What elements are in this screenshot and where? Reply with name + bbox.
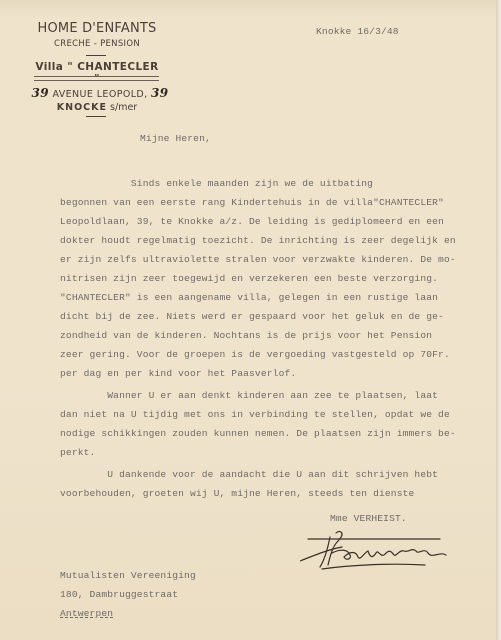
body-line: perkt. <box>60 447 95 458</box>
body-line: dokter houdt regelmatig toezicht. De inr… <box>60 235 456 246</box>
date-line: Knokke 16/3/48 <box>316 26 399 37</box>
body-line: zondheid van de kinderen. Nochtans is de… <box>60 330 432 341</box>
handwritten-signature <box>300 527 450 572</box>
body-line: dan niet na U tijdig met ons in verbindi… <box>60 409 450 420</box>
body-line: voorbehouden, groeten wij U, mijne Heren… <box>60 488 414 499</box>
letterhead-subtitle: CRECHE - PENSION <box>32 39 162 49</box>
body-line: Wanner U er aan denkt kinderen aan zee t… <box>60 390 438 401</box>
handwritten-house-number-2: 39 <box>151 86 169 100</box>
letterhead-villa-name: Villa " CHANTECLER " <box>32 61 162 85</box>
recipient-city: Antwerpen <box>60 608 113 619</box>
handwritten-house-number: 39 <box>32 86 50 100</box>
body-line: U dankende voor de aandacht die U aan di… <box>60 469 438 480</box>
recipient-line-1: Mutualisten Vereeniging <box>60 570 196 581</box>
letterhead-city: KNOCKE <box>57 102 107 113</box>
body-line: er zijn zelfs ultraviolette stralen voor… <box>60 254 456 265</box>
letterhead-divider-bottom <box>86 116 106 117</box>
body-line: dicht bij de zee. Niets werd er gespaard… <box>60 311 444 322</box>
letterhead-double-rule <box>34 76 159 81</box>
sender-name: Mme VERHEIST. <box>330 513 407 524</box>
salutation: Mijne Heren, <box>140 133 211 144</box>
letterhead-city-suffix: s/mer <box>110 102 137 113</box>
letterhead-address: 39 AVENUE LEOPOLD, 39 <box>30 86 170 100</box>
body-line: nitrisen zijn zeer toegewijd en verzeker… <box>60 273 438 284</box>
body-line: "CHANTECLER" is een aangename villa, gel… <box>60 292 438 303</box>
body-line: Leopoldlaan, 39, te Knokke a/z. De leidi… <box>60 216 444 227</box>
letterhead-street: AVENUE LEOPOLD, <box>52 89 147 100</box>
body-line: per dag en per kind voor het Paasverlof. <box>60 368 296 379</box>
recipient-line-2: 180, Dambruggestraat <box>60 589 178 600</box>
body-line: zeer gering. Voor de groepen is de vergo… <box>60 349 450 360</box>
letterhead-city-line: KNOCKE s/mer <box>52 102 142 113</box>
page-edge <box>496 0 501 640</box>
body-line: nodige schikkingen zouden kunnen nemen. … <box>60 428 456 439</box>
letterhead-title: HOME D'ENFANTS <box>32 21 162 36</box>
body-line: begonnen van een eerste rang Kindertehui… <box>60 197 444 208</box>
letterhead-divider <box>86 55 106 56</box>
body-line: Sinds enkele maanden zijn we de uitbatin… <box>60 178 373 189</box>
